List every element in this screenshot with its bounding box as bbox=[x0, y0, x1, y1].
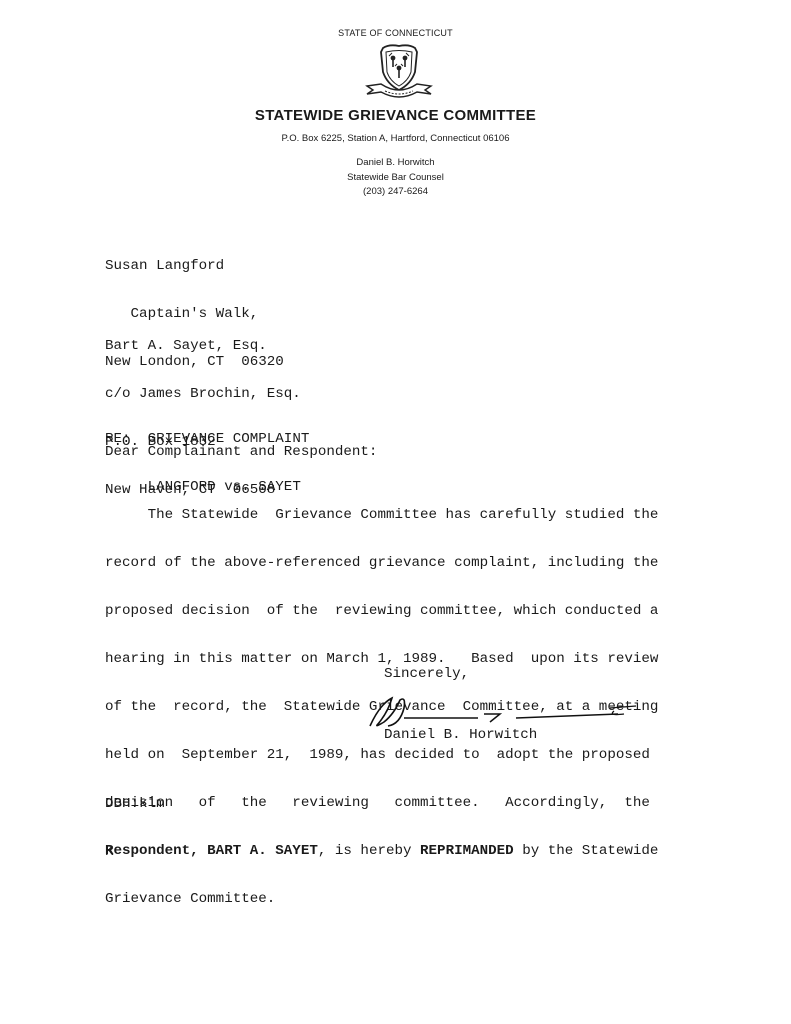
body-line: proposed decision of the reviewing commi… bbox=[105, 603, 658, 619]
body-line: hearing in this matter on March 1, 1989.… bbox=[105, 651, 658, 667]
body-line: Grievance Committee. bbox=[105, 891, 658, 907]
body-line: The Statewide Grievance Committee has ca… bbox=[105, 507, 658, 523]
committee-address: P.O. Box 6225, Station A, Hartford, Conn… bbox=[0, 133, 791, 144]
initials-line: K bbox=[105, 844, 165, 860]
counsel-phone: (203) 247-6264 bbox=[0, 185, 791, 200]
state-header: STATE OF CONNECTICUT bbox=[0, 28, 791, 38]
address-line: Susan Langford bbox=[105, 258, 284, 274]
body-text: by the Statewide bbox=[514, 843, 659, 859]
counsel-info: Daniel B. Horwitch Statewide Bar Counsel… bbox=[0, 156, 791, 200]
signature-icon bbox=[366, 694, 646, 730]
salutation: Dear Complainant and Respondent: bbox=[105, 444, 377, 460]
address-line: Bart A. Sayet, Esq. bbox=[105, 338, 301, 354]
closing: Sincerely, bbox=[384, 666, 469, 682]
counsel-title: Statewide Bar Counsel bbox=[0, 171, 791, 186]
reference-initials: DBH:klm K bbox=[105, 764, 165, 876]
respondent-name: BART A. SAYET bbox=[207, 843, 318, 859]
sanction: REPRIMANDED bbox=[420, 843, 514, 859]
state-seal-icon bbox=[359, 42, 439, 102]
body-line: held on September 21, 1989, has decided … bbox=[105, 747, 658, 763]
initials-line: DBH:klm bbox=[105, 796, 165, 812]
body-line: Respondent, BART A. SAYET, is hereby REP… bbox=[105, 843, 658, 859]
committee-name: STATEWIDE GRIEVANCE COMMITTEE bbox=[0, 107, 791, 124]
counsel-name: Daniel B. Horwitch bbox=[0, 156, 791, 171]
body-line: decision of the reviewing committee. Acc… bbox=[105, 795, 658, 811]
body-text: , is hereby bbox=[318, 843, 420, 859]
body-line: record of the above-referenced grievance… bbox=[105, 555, 658, 571]
signer-name: Daniel B. Horwitch bbox=[384, 727, 537, 743]
